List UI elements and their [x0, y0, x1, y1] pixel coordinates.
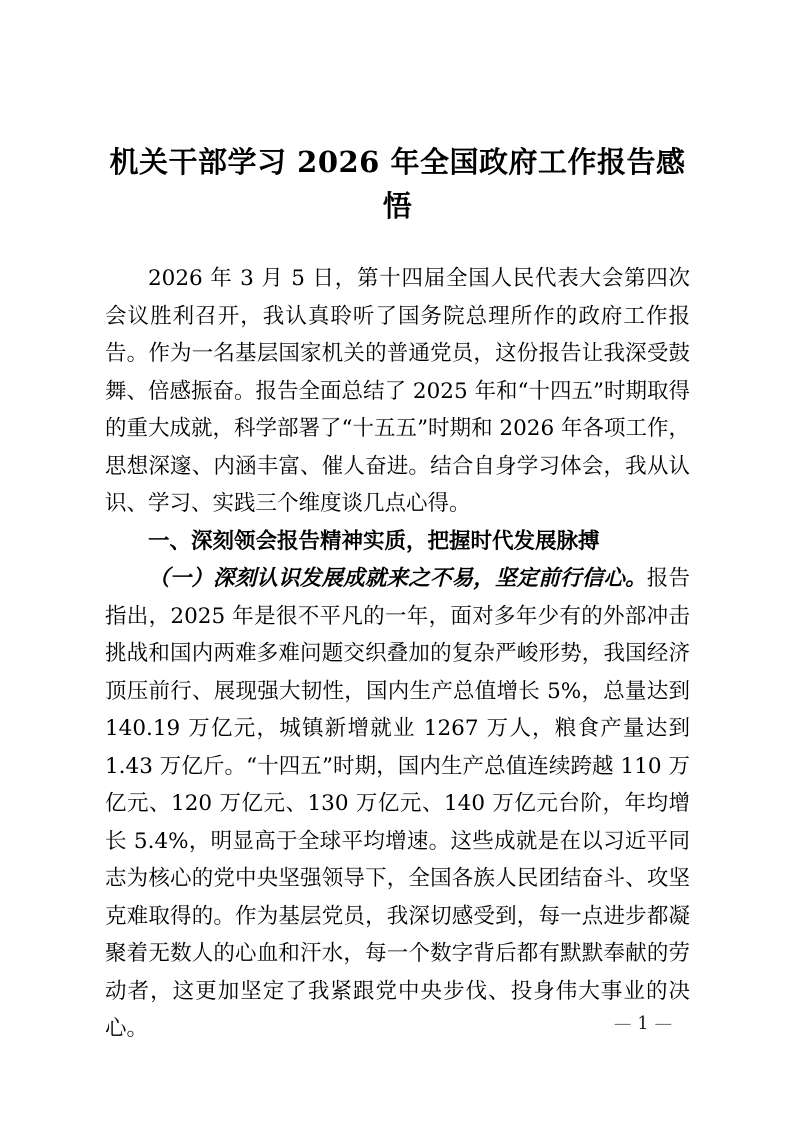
section-heading-1: 一、深刻领会报告精神实质，把握时代发展脉搏	[105, 523, 690, 561]
footer-dash-right: —	[649, 1014, 679, 1034]
subsection-lead: （一）深刻认识发展成就来之不易，坚定前行信心。	[148, 566, 647, 591]
page-number: 1	[637, 1014, 648, 1034]
footer-dash-left: —	[608, 1014, 638, 1034]
intro-paragraph: 2026 年 3 月 5 日，第十四届全国人民代表大会第四次会议胜利召开，我认真…	[105, 260, 690, 523]
document-content: 机关干部学习 2026 年全国政府工作报告感悟 2026 年 3 月 5 日，第…	[105, 140, 690, 1048]
document-page: 机关干部学习 2026 年全国政府工作报告感悟 2026 年 3 月 5 日，第…	[0, 0, 793, 1122]
subsection-paragraph-1: （一）深刻认识发展成就来之不易，坚定前行信心。报告指出，2025 年是很不平凡的…	[105, 560, 690, 1048]
subsection-body: 报告指出，2025 年是很不平凡的一年，面对多年少有的外部冲击挑战和国内两难多难…	[105, 566, 690, 1041]
document-title: 机关干部学习 2026 年全国政府工作报告感悟	[105, 140, 690, 228]
page-footer: —1—	[105, 1012, 690, 1036]
